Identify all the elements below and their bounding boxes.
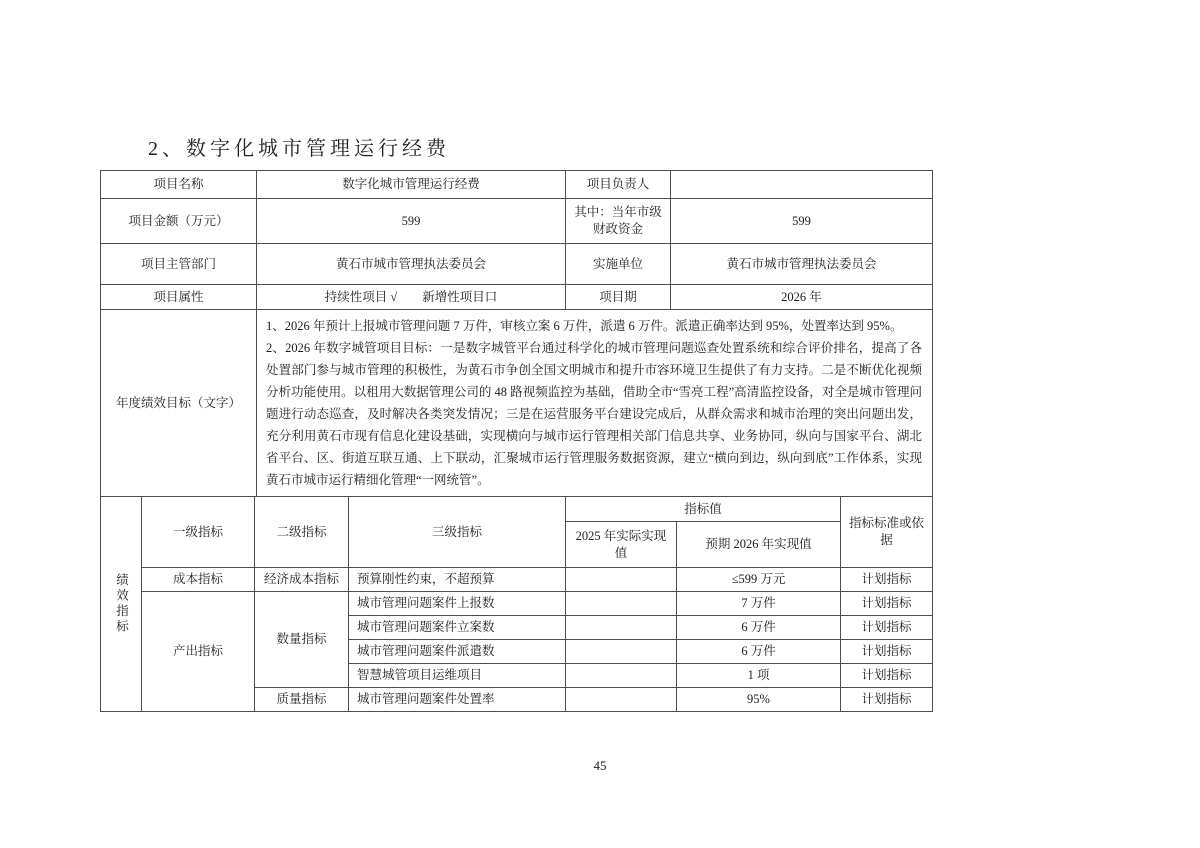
indicator-actual-2025 — [566, 568, 677, 592]
indicator-actual-2025 — [566, 616, 677, 640]
indicator-level3: 智慧城管项目运维项目 — [349, 664, 566, 688]
project-info-table: 项目名称 数字化城市管理运行经费 项目负责人 项目金额（万元） 599 其中：当… — [100, 170, 933, 497]
cost-indicator-level2: 经济成本指标 — [255, 568, 349, 592]
indicator-expected-2026: 1 项 — [677, 664, 841, 688]
indicator-standard: 计划指标 — [841, 592, 933, 616]
table-row: 产出指标 数量指标 城市管理问题案件上报数 7 万件 计划指标 — [101, 592, 933, 616]
goal-paragraph-2: 2、2026 年数字城管项目目标：一是数字城管平台通过科学化的城市管理问题巡查处… — [266, 337, 922, 491]
goal-paragraph-1: 1、2026 年预计上报城市管理问题 7 万件，审核立案 6 万件，派遣 6 万… — [266, 315, 922, 337]
project-leader-label: 项目负责人 — [566, 171, 671, 199]
indicator-expected-2026: 6 万件 — [677, 640, 841, 664]
header-expected-2026: 预期 2026 年实现值 — [677, 522, 841, 568]
indicator-level3: 城市管理问题案件处置率 — [349, 688, 566, 712]
document-page: 2、数字化城市管理运行经费 项目名称 数字化城市管理运行经费 项目负责人 项目金… — [0, 0, 1200, 848]
annual-goal-label: 年度绩效目标（文字） — [101, 310, 257, 497]
cost-indicator-level1: 成本指标 — [142, 568, 255, 592]
header-level3: 三级指标 — [349, 497, 566, 568]
supervising-dept-label: 项目主管部门 — [101, 244, 257, 285]
project-attribute-value: 持续性项目 √ 新增性项目口 — [257, 285, 566, 310]
indicator-level3: 城市管理问题案件派遣数 — [349, 640, 566, 664]
output-indicator-level1: 产出指标 — [142, 592, 255, 712]
project-period-label: 项目期 — [566, 285, 671, 310]
header-level1: 一级指标 — [142, 497, 255, 568]
project-amount-value: 599 — [257, 199, 566, 244]
project-amount-label: 项目金额（万元） — [101, 199, 257, 244]
indicator-expected-2026: 6 万件 — [677, 616, 841, 640]
implementing-unit-value: 黄石市城市管理执法委员会 — [671, 244, 933, 285]
indicator-actual-2025 — [566, 664, 677, 688]
project-attribute-label: 项目属性 — [101, 285, 257, 310]
annual-goal-text: 1、2026 年预计上报城市管理问题 7 万件，审核立案 6 万件，派遣 6 万… — [257, 310, 933, 497]
indicator-level3: 城市管理问题案件立案数 — [349, 616, 566, 640]
indicator-standard: 计划指标 — [841, 640, 933, 664]
table-row: 绩效指标 一级指标 二级指标 三级指标 指标值 指标标准或依据 — [101, 497, 933, 522]
indicator-standard: 计划指标 — [841, 688, 933, 712]
project-period-value: 2026 年 — [671, 285, 933, 310]
indicator-level3: 城市管理问题案件上报数 — [349, 592, 566, 616]
indicator-group-label: 绩效指标 — [101, 497, 142, 712]
header-indicator-value: 指标值 — [566, 497, 841, 522]
header-level2: 二级指标 — [255, 497, 349, 568]
table-row: 年度绩效目标（文字） 1、2026 年预计上报城市管理问题 7 万件，审核立案 … — [101, 310, 933, 497]
tables-container: 项目名称 数字化城市管理运行经费 项目负责人 项目金额（万元） 599 其中：当… — [100, 170, 932, 712]
indicator-standard: 计划指标 — [841, 664, 933, 688]
indicator-standard: 计划指标 — [841, 616, 933, 640]
indicator-actual-2025 — [566, 640, 677, 664]
indicator-expected-2026: 7 万件 — [677, 592, 841, 616]
table-row: 成本指标 经济成本指标 预算刚性约束，不超预算 ≤599 万元 计划指标 — [101, 568, 933, 592]
section-title: 2、数字化城市管理运行经费 — [148, 132, 450, 161]
city-funding-label: 其中：当年市级财政资金 — [566, 199, 671, 244]
indicator-expected-2026: 95% — [677, 688, 841, 712]
indicator-level3: 预算刚性约束，不超预算 — [349, 568, 566, 592]
indicator-expected-2026: ≤599 万元 — [677, 568, 841, 592]
page-number: 45 — [0, 758, 1200, 774]
indicator-standard: 计划指标 — [841, 568, 933, 592]
supervising-dept-value: 黄石市城市管理执法委员会 — [257, 244, 566, 285]
header-standard: 指标标准或依据 — [841, 497, 933, 568]
project-name-label: 项目名称 — [101, 171, 257, 199]
implementing-unit-label: 实施单位 — [566, 244, 671, 285]
indicator-actual-2025 — [566, 688, 677, 712]
project-leader-value — [671, 171, 933, 199]
table-row: 项目金额（万元） 599 其中：当年市级财政资金 599 — [101, 199, 933, 244]
indicator-actual-2025 — [566, 592, 677, 616]
header-actual-2025: 2025 年实际实现值 — [566, 522, 677, 568]
city-funding-value: 599 — [671, 199, 933, 244]
project-name-value: 数字化城市管理运行经费 — [257, 171, 566, 199]
table-row: 项目主管部门 黄石市城市管理执法委员会 实施单位 黄石市城市管理执法委员会 — [101, 244, 933, 285]
table-row: 项目名称 数字化城市管理运行经费 项目负责人 — [101, 171, 933, 199]
quantity-indicator-level2: 数量指标 — [255, 592, 349, 688]
performance-indicator-table: 绩效指标 一级指标 二级指标 三级指标 指标值 指标标准或依据 2025 年实际… — [100, 496, 933, 712]
table-row: 项目属性 持续性项目 √ 新增性项目口 项目期 2026 年 — [101, 285, 933, 310]
quality-indicator-level2: 质量指标 — [255, 688, 349, 712]
